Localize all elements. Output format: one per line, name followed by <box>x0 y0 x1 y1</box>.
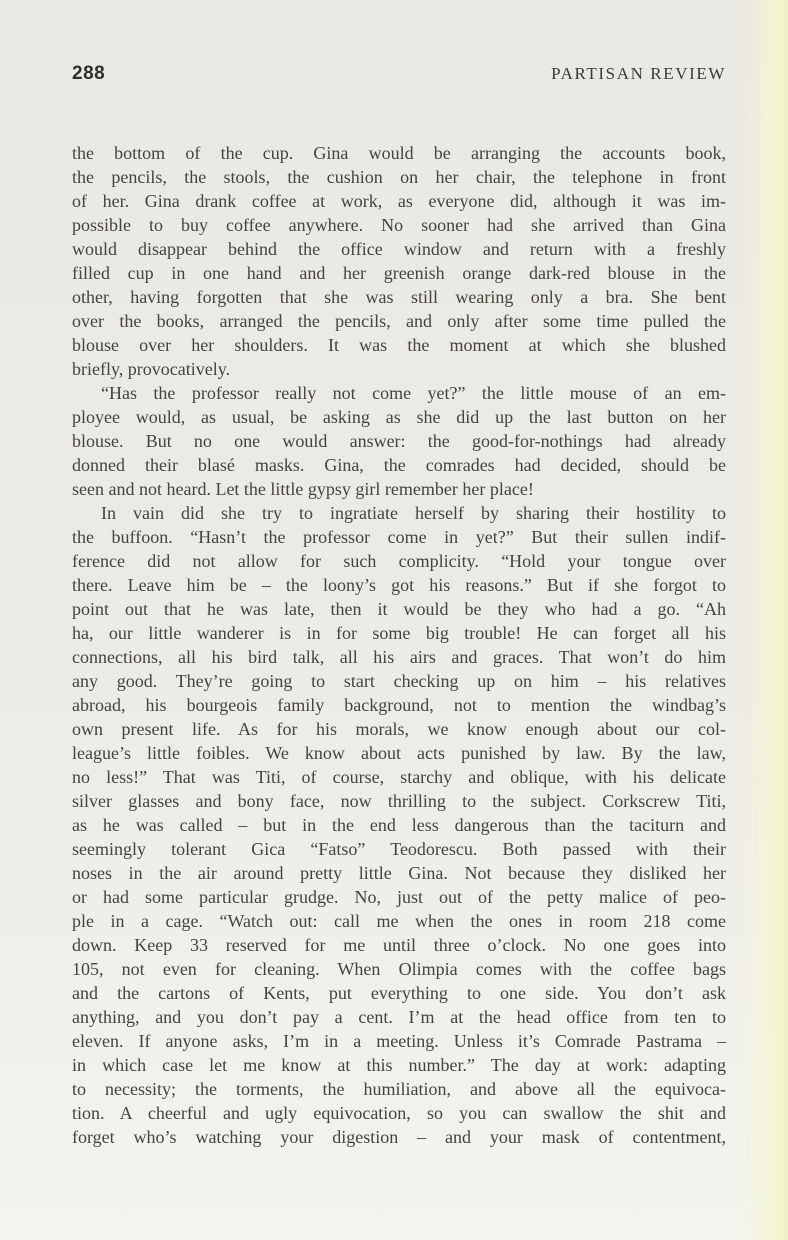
text-line: donned their blasé masks. Gina, the comr… <box>72 453 726 477</box>
text-line: briefly, provocatively. <box>72 357 726 381</box>
text-line: ference did not allow for such complicit… <box>72 549 726 573</box>
text-line: own present life. As for his morals, we … <box>72 717 726 741</box>
text-line: seen and not heard. Let the little gypsy… <box>72 477 726 501</box>
text-line: down. Keep 33 reserved for me until thre… <box>72 933 726 957</box>
text-line: noses in the air around pretty little Gi… <box>72 861 726 885</box>
page-edge-shadow <box>744 0 788 1240</box>
text-line: to necessity; the torments, the humiliat… <box>72 1077 726 1101</box>
text-line: other, having forgotten that she was sti… <box>72 285 726 309</box>
book-page-scan: 288 PARTISAN REVIEW the bottom of the cu… <box>0 0 788 1240</box>
text-line: over the books, arranged the pencils, an… <box>72 309 726 333</box>
text-line: in which case let me know at this number… <box>72 1053 726 1077</box>
text-line: as he was called – but in the end less d… <box>72 813 726 837</box>
text-line: ple in a cage. “Watch out: call me when … <box>72 909 726 933</box>
journal-title: PARTISAN REVIEW <box>551 64 726 84</box>
text-line: tion. A cheerful and ugly equivocation, … <box>72 1101 726 1125</box>
text-line: the bottom of the cup. Gina would be arr… <box>72 141 726 165</box>
text-line: eleven. If anyone asks, I’m in a meeting… <box>72 1029 726 1053</box>
text-line: league’s little foibles. We know about a… <box>72 741 726 765</box>
page-number: 288 <box>72 63 105 85</box>
text-line: any good. They’re going to start checkin… <box>72 669 726 693</box>
text-line: connections, all his bird talk, all his … <box>72 645 726 669</box>
text-line: and the cartons of Kents, put everything… <box>72 981 726 1005</box>
text-line: the pencils, the stools, the cushion on … <box>72 165 726 189</box>
text-line: blouse over her shoulders. It was the mo… <box>72 333 726 357</box>
text-line: would disappear behind the office window… <box>72 237 726 261</box>
text-line: possible to buy coffee anywhere. No soon… <box>72 213 726 237</box>
text-line: 105, not even for cleaning. When Olimpia… <box>72 957 726 981</box>
text-line: forget who’s watching your digestion – a… <box>72 1125 726 1149</box>
running-head: 288 PARTISAN REVIEW <box>72 63 726 85</box>
text-line: ha, our little wanderer is in for some b… <box>72 621 726 645</box>
text-line: no less!” That was Titi, of course, star… <box>72 765 726 789</box>
text-line: there. Leave him be – the loony’s got hi… <box>72 573 726 597</box>
text-line: In vain did she try to ingratiate hersel… <box>72 501 726 525</box>
text-line: anything, and you don’t pay a cent. I’m … <box>72 1005 726 1029</box>
text-line: abroad, his bourgeois family background,… <box>72 693 726 717</box>
text-line: of her. Gina drank coffee at work, as ev… <box>72 189 726 213</box>
text-line: filled cup in one hand and her greenish … <box>72 261 726 285</box>
body-text: the bottom of the cup. Gina would be arr… <box>72 141 726 1149</box>
text-line: the buffoon. “Hasn’t the professor come … <box>72 525 726 549</box>
text-line: or had some particular grudge. No, just … <box>72 885 726 909</box>
text-line: point out that he was late, then it woul… <box>72 597 726 621</box>
text-line: seemingly tolerant Gica “Fatso” Teodores… <box>72 837 726 861</box>
text-line: ployee would, as usual, be asking as she… <box>72 405 726 429</box>
text-line: silver glasses and bony face, now thrill… <box>72 789 726 813</box>
text-line: “Has the professor really not come yet?”… <box>72 381 726 405</box>
text-line: blouse. But no one would answer: the goo… <box>72 429 726 453</box>
